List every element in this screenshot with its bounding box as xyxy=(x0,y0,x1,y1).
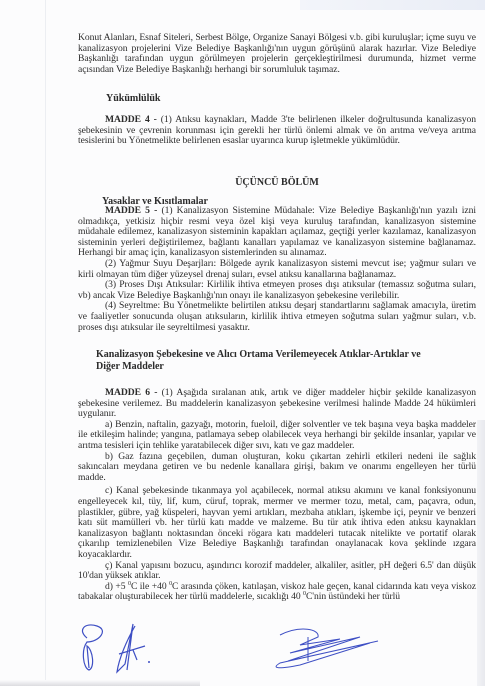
madde-6-label: MADDE 6 - xyxy=(105,387,157,398)
page-edge-line xyxy=(45,0,46,686)
scan-bottom-shadow xyxy=(0,680,200,686)
document-page: Konut Alanları, Esnaf Siteleri, Serbest … xyxy=(0,0,485,686)
madde-5-p4: (4) Seyreltme: Bu Yönetmelikte belirtile… xyxy=(78,301,476,333)
heading-kanalizasyon: Kanalizasyon Şebekesine ve Alıcı Ortama … xyxy=(96,349,436,372)
madde-5-p3: (3) Proses Dışı Atıksular: Kirlilik ihti… xyxy=(78,280,476,301)
scan-right-shadow xyxy=(477,420,485,686)
madde-5-label: MADDE 5 - xyxy=(105,205,157,216)
madde-5-p2: (2) Yağmur Suyu Deşarjları: Bölgede ayrı… xyxy=(78,259,476,280)
signature-1-icon xyxy=(75,620,185,680)
madde-6: MADDE 6 - (1) Aşağıda sıralanan atık, ar… xyxy=(78,388,476,603)
madde-6-c: c) Kanal şebekesinde tıkanmaya yol açabi… xyxy=(78,486,476,560)
madde-5: MADDE 5 - (1) Kanalizasyon Sistemine Müd… xyxy=(78,206,476,333)
heading-yukumluluk: Yükümlülük xyxy=(106,93,160,104)
madde-6-d: d) +5 0C ile +40 0C arasında çöken, katı… xyxy=(78,582,476,603)
madde-6-b: b) Gaz fazına geçebilen, duman oluşturan… xyxy=(78,452,476,484)
intro-paragraph: Konut Alanları, Esnaf Siteleri, Serbest … xyxy=(78,33,476,75)
section-title: ÜÇÜNCÜ BÖLÜM xyxy=(78,177,476,188)
madde-6-cc: ç) Kanal yapısını bozucu, aşındırıcı kor… xyxy=(78,561,476,582)
signature-2-icon xyxy=(260,625,390,675)
madde-6-a: a) Benzin, naftalin, gazyağı, motorin, f… xyxy=(78,420,476,452)
madde-4-label: MADDE 4 - xyxy=(105,114,157,125)
madde-4: MADDE 4 - (1) Atıksu kaynakları, Madde 3… xyxy=(78,115,476,147)
scan-top-band xyxy=(300,0,485,10)
